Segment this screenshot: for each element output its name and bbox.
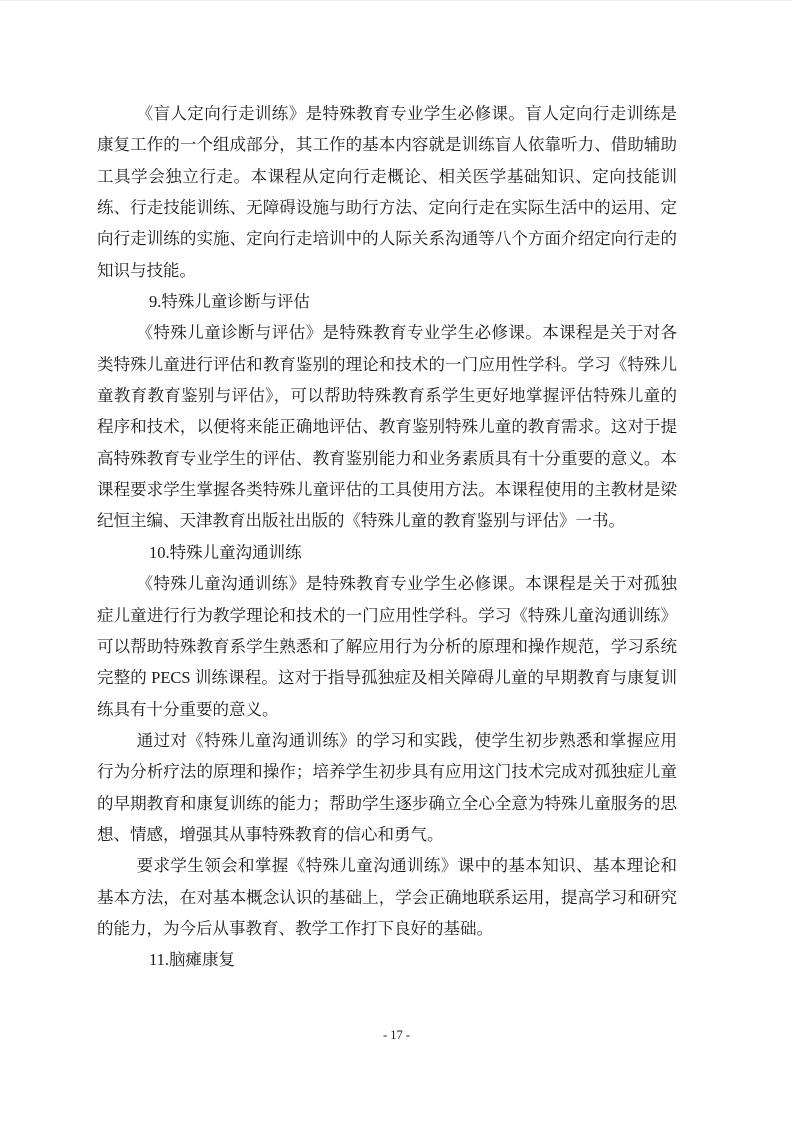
document-body: 《盲人定向行走训练》是特殊教育专业学生必修课。盲人定向行走训练是康复工作的一个组… <box>97 98 677 976</box>
paragraph-communication-training-requirements: 要求学生领会和掌握《特殊儿童沟通训练》课中的基本知识、基本理论和基本方法，在对基… <box>97 850 677 944</box>
heading-section-11-cerebral-palsy-rehab: 11.脑瘫康复 <box>97 944 677 975</box>
paragraph-diagnosis-assessment-course: 《特殊儿童诊断与评估》是特殊教育专业学生必修课。本课程是关于对各类特殊儿童进行评… <box>97 317 677 536</box>
document-page: 《盲人定向行走训练》是特殊教育专业学生必修课。盲人定向行走训练是康复工作的一个组… <box>0 0 793 1122</box>
heading-section-9-diagnosis-assessment: 9.特殊儿童诊断与评估 <box>97 286 677 317</box>
paragraph-communication-training-objectives: 通过对《特殊儿童沟通训练》的学习和实践，使学生初步熟悉和掌握应用行为分析疗法的原… <box>97 725 677 850</box>
page-number: - 17 - <box>0 1027 793 1043</box>
heading-section-10-communication-training: 10.特殊儿童沟通训练 <box>97 537 677 568</box>
paragraph-communication-training-course: 《特殊儿童沟通训练》是特殊教育专业学生必修课。本课程是关于对孤独症儿童进行行为教… <box>97 568 677 725</box>
paragraph-orientation-walking-course: 《盲人定向行走训练》是特殊教育专业学生必修课。盲人定向行走训练是康复工作的一个组… <box>97 98 677 286</box>
